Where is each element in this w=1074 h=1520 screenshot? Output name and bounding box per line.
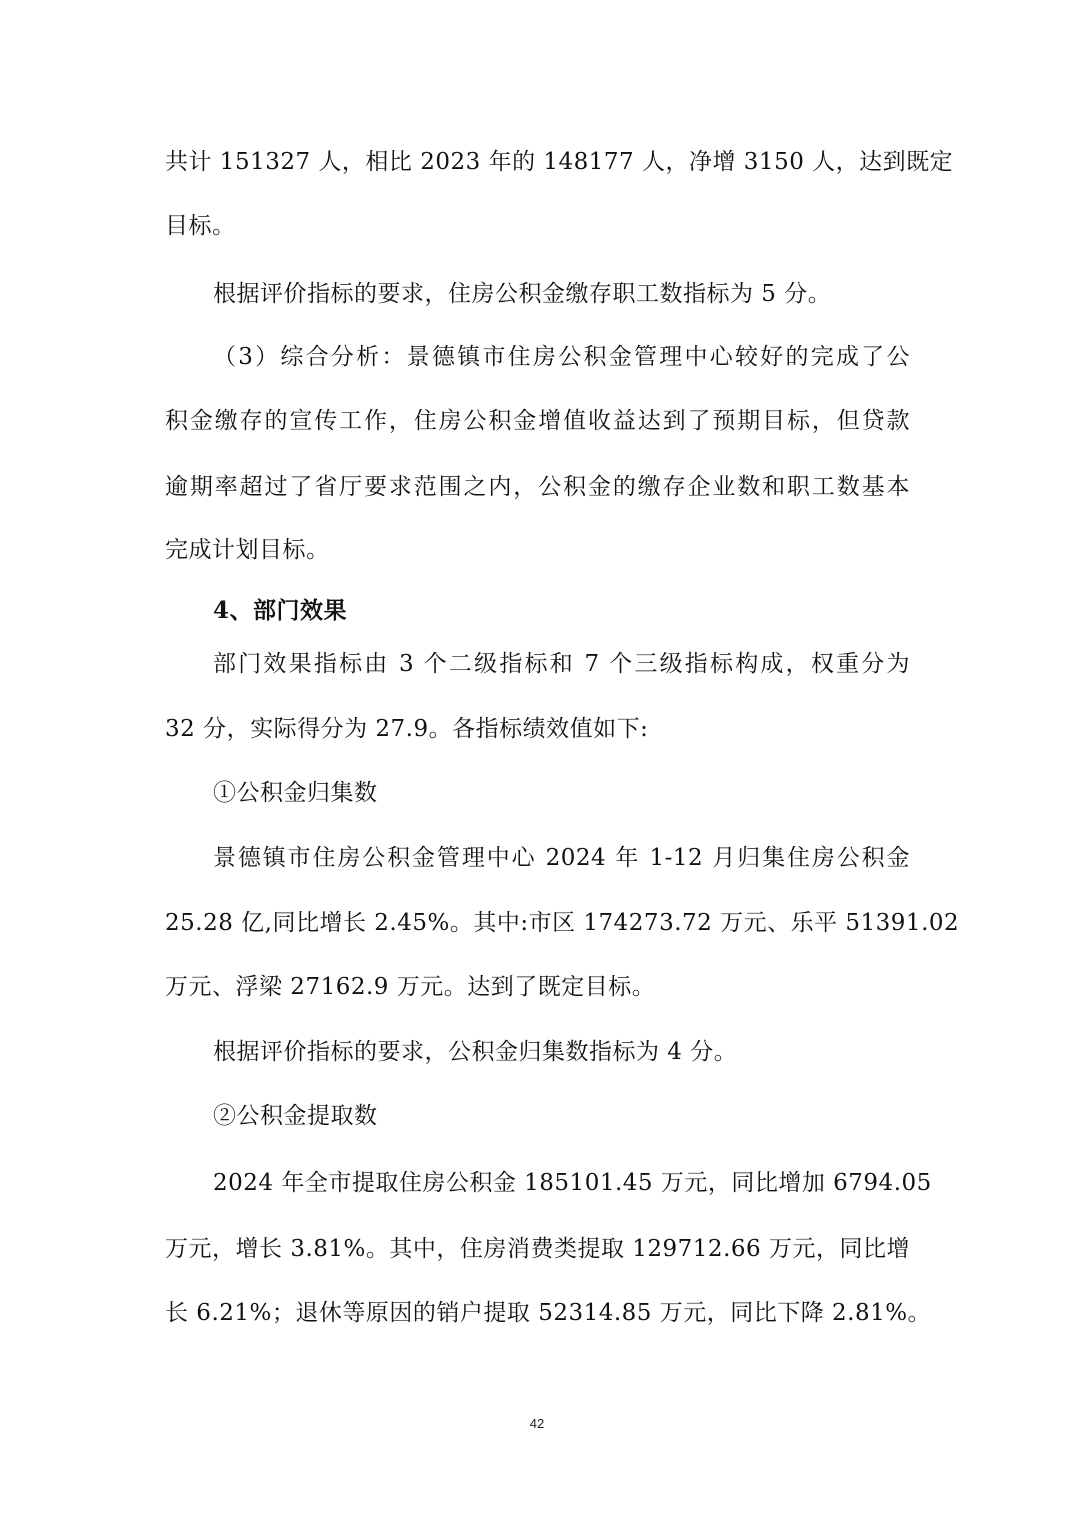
paragraph-line: 32 分，实际得分为 27.9。各指标绩效值如下: xyxy=(165,711,910,747)
subsection-title: ②公积金提取数 xyxy=(213,1098,910,1134)
paragraph-line: 部门效果指标由 3 个二级指标和 7 个三级指标构成，权重分为 xyxy=(213,646,910,682)
paragraph-line: 景德镇市住房公积金管理中心 2024 年 1-12 月归集住房公积金 xyxy=(213,840,910,876)
paragraph-line: 逾期率超过了省厅要求范围之内，公积金的缴存企业数和职工数基本 xyxy=(165,469,910,505)
section-summary-line: （3）综合分析：景德镇市住房公积金管理中心较好的完成了公 xyxy=(213,339,910,375)
section-heading: 4、部门效果 xyxy=(213,593,910,629)
page-number: 42 xyxy=(0,1416,1074,1431)
paragraph-line: 长 6.21%；退休等原因的销户提取 52314.85 万元，同比下降 2.81… xyxy=(165,1295,910,1331)
paragraph-line: 25.28 亿,同比增长 2.45%。其中:市区 174273.72 万元、乐平… xyxy=(165,905,910,941)
paragraph-line: 根据评价指标的要求，公积金归集数指标为 4 分。 xyxy=(213,1034,910,1070)
paragraph-line: 根据评价指标的要求，住房公积金缴存职工数指标为 5 分。 xyxy=(213,276,910,312)
paragraph-line: 完成计划目标。 xyxy=(165,532,910,568)
paragraph-line: 目标。 xyxy=(165,208,910,244)
document-page: 共计 151327 人，相比 2023 年的 148177 人，净增 3150 … xyxy=(0,0,1074,1520)
paragraph-line: 万元、浮梁 27162.9 万元。达到了既定目标。 xyxy=(165,969,910,1005)
subsection-title: ①公积金归集数 xyxy=(213,775,910,811)
paragraph-line: 万元，增长 3.81%。其中，住房消费类提取 129712.66 万元，同比增 xyxy=(165,1231,910,1267)
paragraph-line: 2024 年全市提取住房公积金 185101.45 万元，同比增加 6794.0… xyxy=(213,1165,910,1201)
paragraph-line: 积金缴存的宣传工作，住房公积金增值收益达到了预期目标，但贷款 xyxy=(165,403,910,439)
paragraph-line: 共计 151327 人，相比 2023 年的 148177 人，净增 3150 … xyxy=(165,144,910,180)
